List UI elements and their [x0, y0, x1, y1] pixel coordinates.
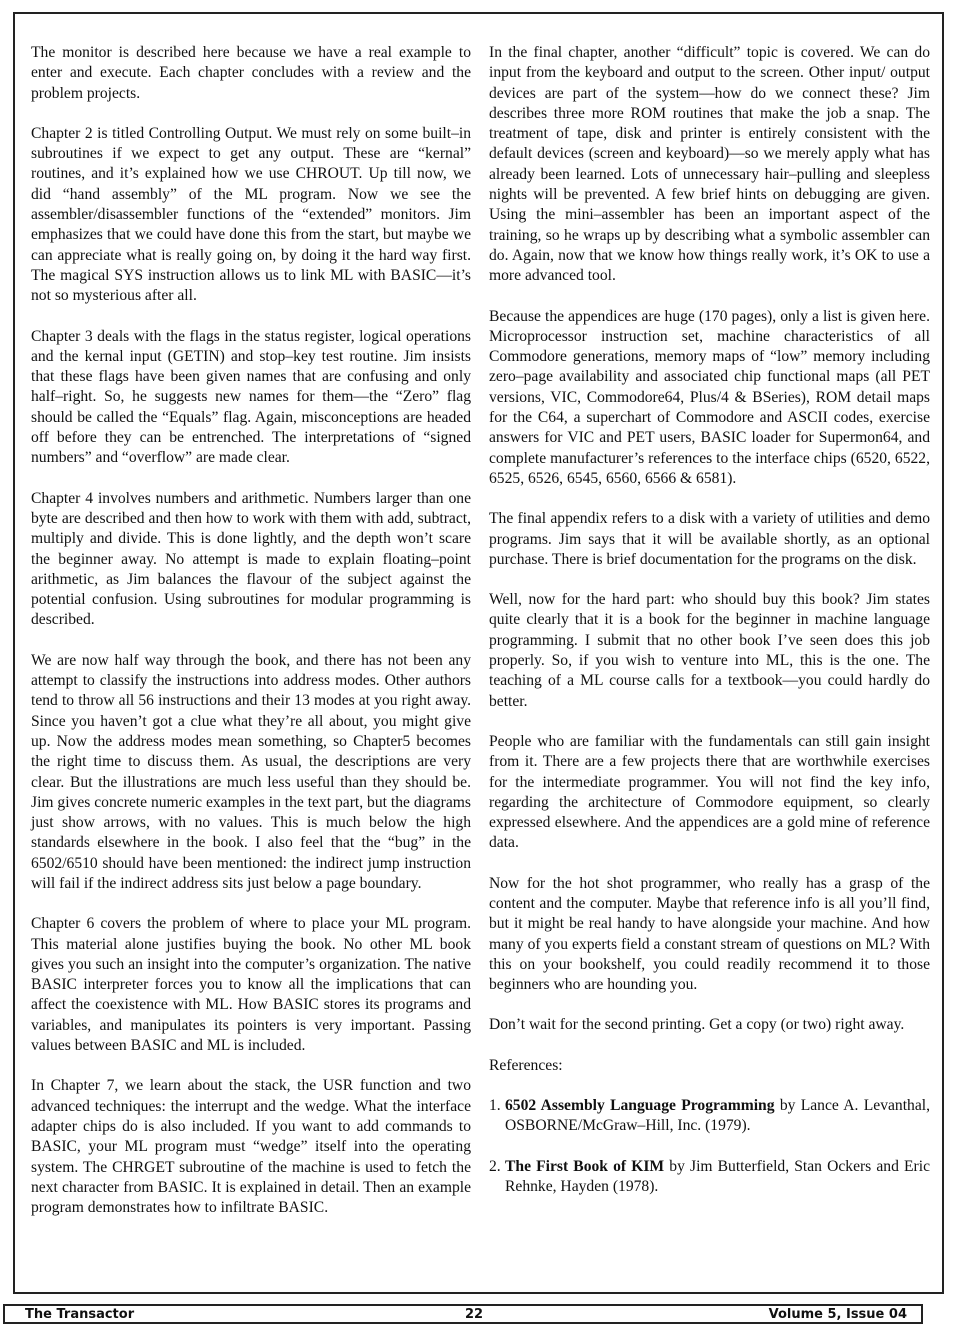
footer-bar: The Transactor 22 Volume 5, Issue 04 — [3, 1304, 923, 1324]
paragraph-chapter-5: We are now half way through the book, an… — [31, 651, 471, 895]
reference-title: The First Book of KIM — [505, 1158, 664, 1175]
paragraph-who-should-buy: Well, now for the hard part: who should … — [489, 590, 930, 712]
paragraph-chapter-3: Chapter 3 deals with the flags in the st… — [31, 327, 471, 469]
reference-title: 6502 Assembly Language Programming — [505, 1097, 775, 1114]
left-column: The monitor is described here because we… — [31, 43, 471, 1238]
right-column: In the final chapter, another “difficult… — [489, 43, 930, 1217]
paragraph-monitor: The monitor is described here because we… — [31, 43, 471, 104]
publication-name: The Transactor — [25, 1307, 134, 1323]
reference-item: 1. 6502 Assembly Language Programming by… — [489, 1096, 930, 1137]
reference-number: 2. — [489, 1157, 501, 1177]
reference-number: 1. — [489, 1096, 501, 1116]
paragraph-closing: Don’t wait for the second printing. Get … — [489, 1015, 930, 1035]
references-section: References: 1. 6502 Assembly Language Pr… — [489, 1056, 930, 1197]
reference-item: 2. The First Book of KIM by Jim Butterfi… — [489, 1157, 930, 1198]
paragraph-chapter-6: Chapter 6 covers the problem of where to… — [31, 914, 471, 1056]
references-heading: References: — [489, 1056, 930, 1076]
paragraph-intermediate: People who are familiar with the fundame… — [489, 732, 930, 854]
page-number: 22 — [465, 1307, 483, 1323]
paragraph-final-appendix: The final appendix refers to a disk with… — [489, 509, 930, 570]
references-list: 1. 6502 Assembly Language Programming by… — [489, 1096, 930, 1197]
paragraph-chapter-2: Chapter 2 is titled Controlling Output. … — [31, 124, 471, 307]
paragraph-chapter-7: In Chapter 7, we learn about the stack, … — [31, 1076, 471, 1218]
issue-label: Volume 5, Issue 04 — [769, 1307, 907, 1323]
paragraph-hot-shot: Now for the hot shot programmer, who rea… — [489, 874, 930, 996]
paragraph-final-chapter: In the final chapter, another “difficult… — [489, 43, 930, 287]
paragraph-appendices: Because the appendices are huge (170 pag… — [489, 307, 930, 490]
paragraph-chapter-4: Chapter 4 involves numbers and arithmeti… — [31, 489, 471, 631]
